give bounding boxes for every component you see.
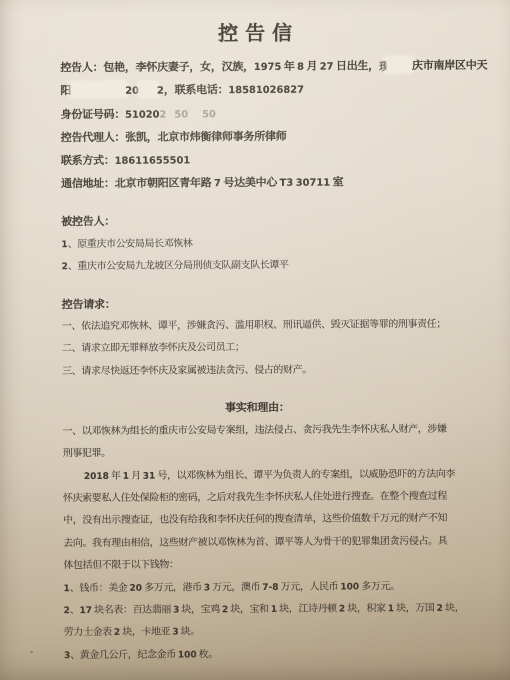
fact-line: 3、黄金几公斤，纪念金币 100 枚。 — [64, 643, 454, 668]
fact-line: 一、以邓恢林为组长的重庆市公安局专案组，违法侵占、贪污我先生李怀庆私人财产，涉嫌 — [62, 418, 452, 443]
complainant-line-2: 阳202，联系电话：18581026827 — [60, 78, 450, 104]
complaint-letter-photo: 控告信 控告人：包艳，李怀庆妻子，女，汉族，1975 年 8 月 27 日出生，… — [0, 0, 510, 680]
request-item: 三、请求尽快返还李怀庆及家属被违法贪污、侵占的财产。 — [62, 359, 452, 384]
request-item: 二、请求立即无罪释放李怀庆及公司员工； — [62, 336, 452, 361]
agent-label: 控告代理人： — [61, 132, 126, 144]
id-number-line: 身份证号码：5102025050 — [61, 102, 451, 128]
address-fragment: 阳 — [60, 86, 71, 98]
redaction-box — [139, 83, 157, 96]
mail-address-line: 通信地址：北京市朝阳区青年路 7 号达美中心 T3 30711 室 — [61, 171, 451, 197]
fact-line: 劳力士金表 2 块，卡地亚 3 块。 — [64, 620, 454, 645]
redaction-box — [386, 58, 412, 71]
respondent-item: 1、原重庆市公安局局长邓恢林 — [61, 232, 451, 257]
id-number-label: 身份证号码： — [61, 109, 126, 121]
fact-line: 中，没有出示搜查证，也没有给我和李怀庆任何的搜查清单，这些价值数千万元的财产不知 — [63, 508, 453, 533]
fact-line: 2、17 块名表：百达翡丽 3 块，宝鸡 2 块，宝和 1 块，江诗丹顿 2 块… — [64, 598, 454, 623]
fact-line: 2018 年 1 月 31 号，以邓恢林为组长、谭平为负责人的专案组，以威胁恐吓… — [63, 463, 453, 488]
fact-line: 去向。我有理由相信，这些财产被以邓恢林为首、谭平等人为骨干的犯罪集团贪污侵占。具 — [63, 531, 453, 556]
request-item: 一、依法追究邓恢林、谭平，涉嫌贪污、滥用职权、刑讯逼供、毁灭证据等罪的刑事责任； — [62, 314, 452, 339]
agent-line: 控告代理人：张凯，北京市炜衡律师事务所律师 — [61, 125, 451, 150]
fact-line: 刑事犯罪。 — [63, 441, 453, 466]
contact-line: 联系方式：18611655501 — [61, 147, 451, 173]
fact-line: 怀庆索要私人住处保险柜的密码，之后对我先生李怀庆私人住处进行搜查。在整个搜查过程 — [63, 486, 453, 511]
redaction-box — [71, 83, 125, 96]
id-number-visible: 51020 — [125, 109, 159, 120]
respondent-item: 2、重庆市公安局九龙坡区分局刑侦支队副支队长谭平 — [61, 254, 451, 279]
id-number-faint-digit: 2 — [159, 109, 166, 120]
complainant-label: 控告人： — [60, 62, 103, 74]
phone-line: 2，联系电话：18581026827 — [157, 84, 304, 97]
fact-line: 体包括但不限于以下钱物： — [63, 553, 453, 578]
dust-speck — [30, 651, 33, 653]
contact-phone: 18611655501 — [115, 154, 191, 166]
id-number-faint-digit: 50 — [174, 109, 188, 120]
requests-heading: 控告请求： — [62, 291, 452, 316]
respondents-heading: 被控告人： — [61, 209, 451, 234]
page-title: 控告信 — [60, 16, 450, 47]
fact-line: 1、钱币：美金 20 多万元，港币 3 万元，澳币 7-8 万元，人民币 100… — [63, 575, 453, 600]
complainant-line-1: 控告人：包艳，李怀庆妻子，女，汉族，1975 年 8 月 27 日出生，现庆市南… — [60, 55, 450, 81]
id-number-faint-digit: 50 — [202, 109, 216, 120]
complainant-address-tail: 庆市南岸区中天 — [412, 60, 487, 72]
facts-heading: 事实和理由： — [62, 396, 452, 421]
address-number-fragment: 20 — [125, 86, 139, 97]
contact-label: 联系方式： — [61, 154, 115, 166]
complainant-info: 包艳，李怀庆妻子，女，汉族，1975 年 8 月 27 日出生， — [103, 60, 379, 74]
complaint-letter-page: 控告信 控告人：包艳，李怀庆妻子，女，汉族，1975 年 8 月 27 日出生，… — [0, 0, 510, 680]
mail-address-text: 北京市朝阳区青年路 7 号达美中心 T3 30711 室 — [115, 176, 344, 189]
mail-address-label: 通信地址： — [61, 178, 115, 190]
partially-redacted-char: 现 — [379, 56, 386, 78]
agent-info: 张凯，北京市炜衡律师事务所律师 — [125, 131, 286, 144]
